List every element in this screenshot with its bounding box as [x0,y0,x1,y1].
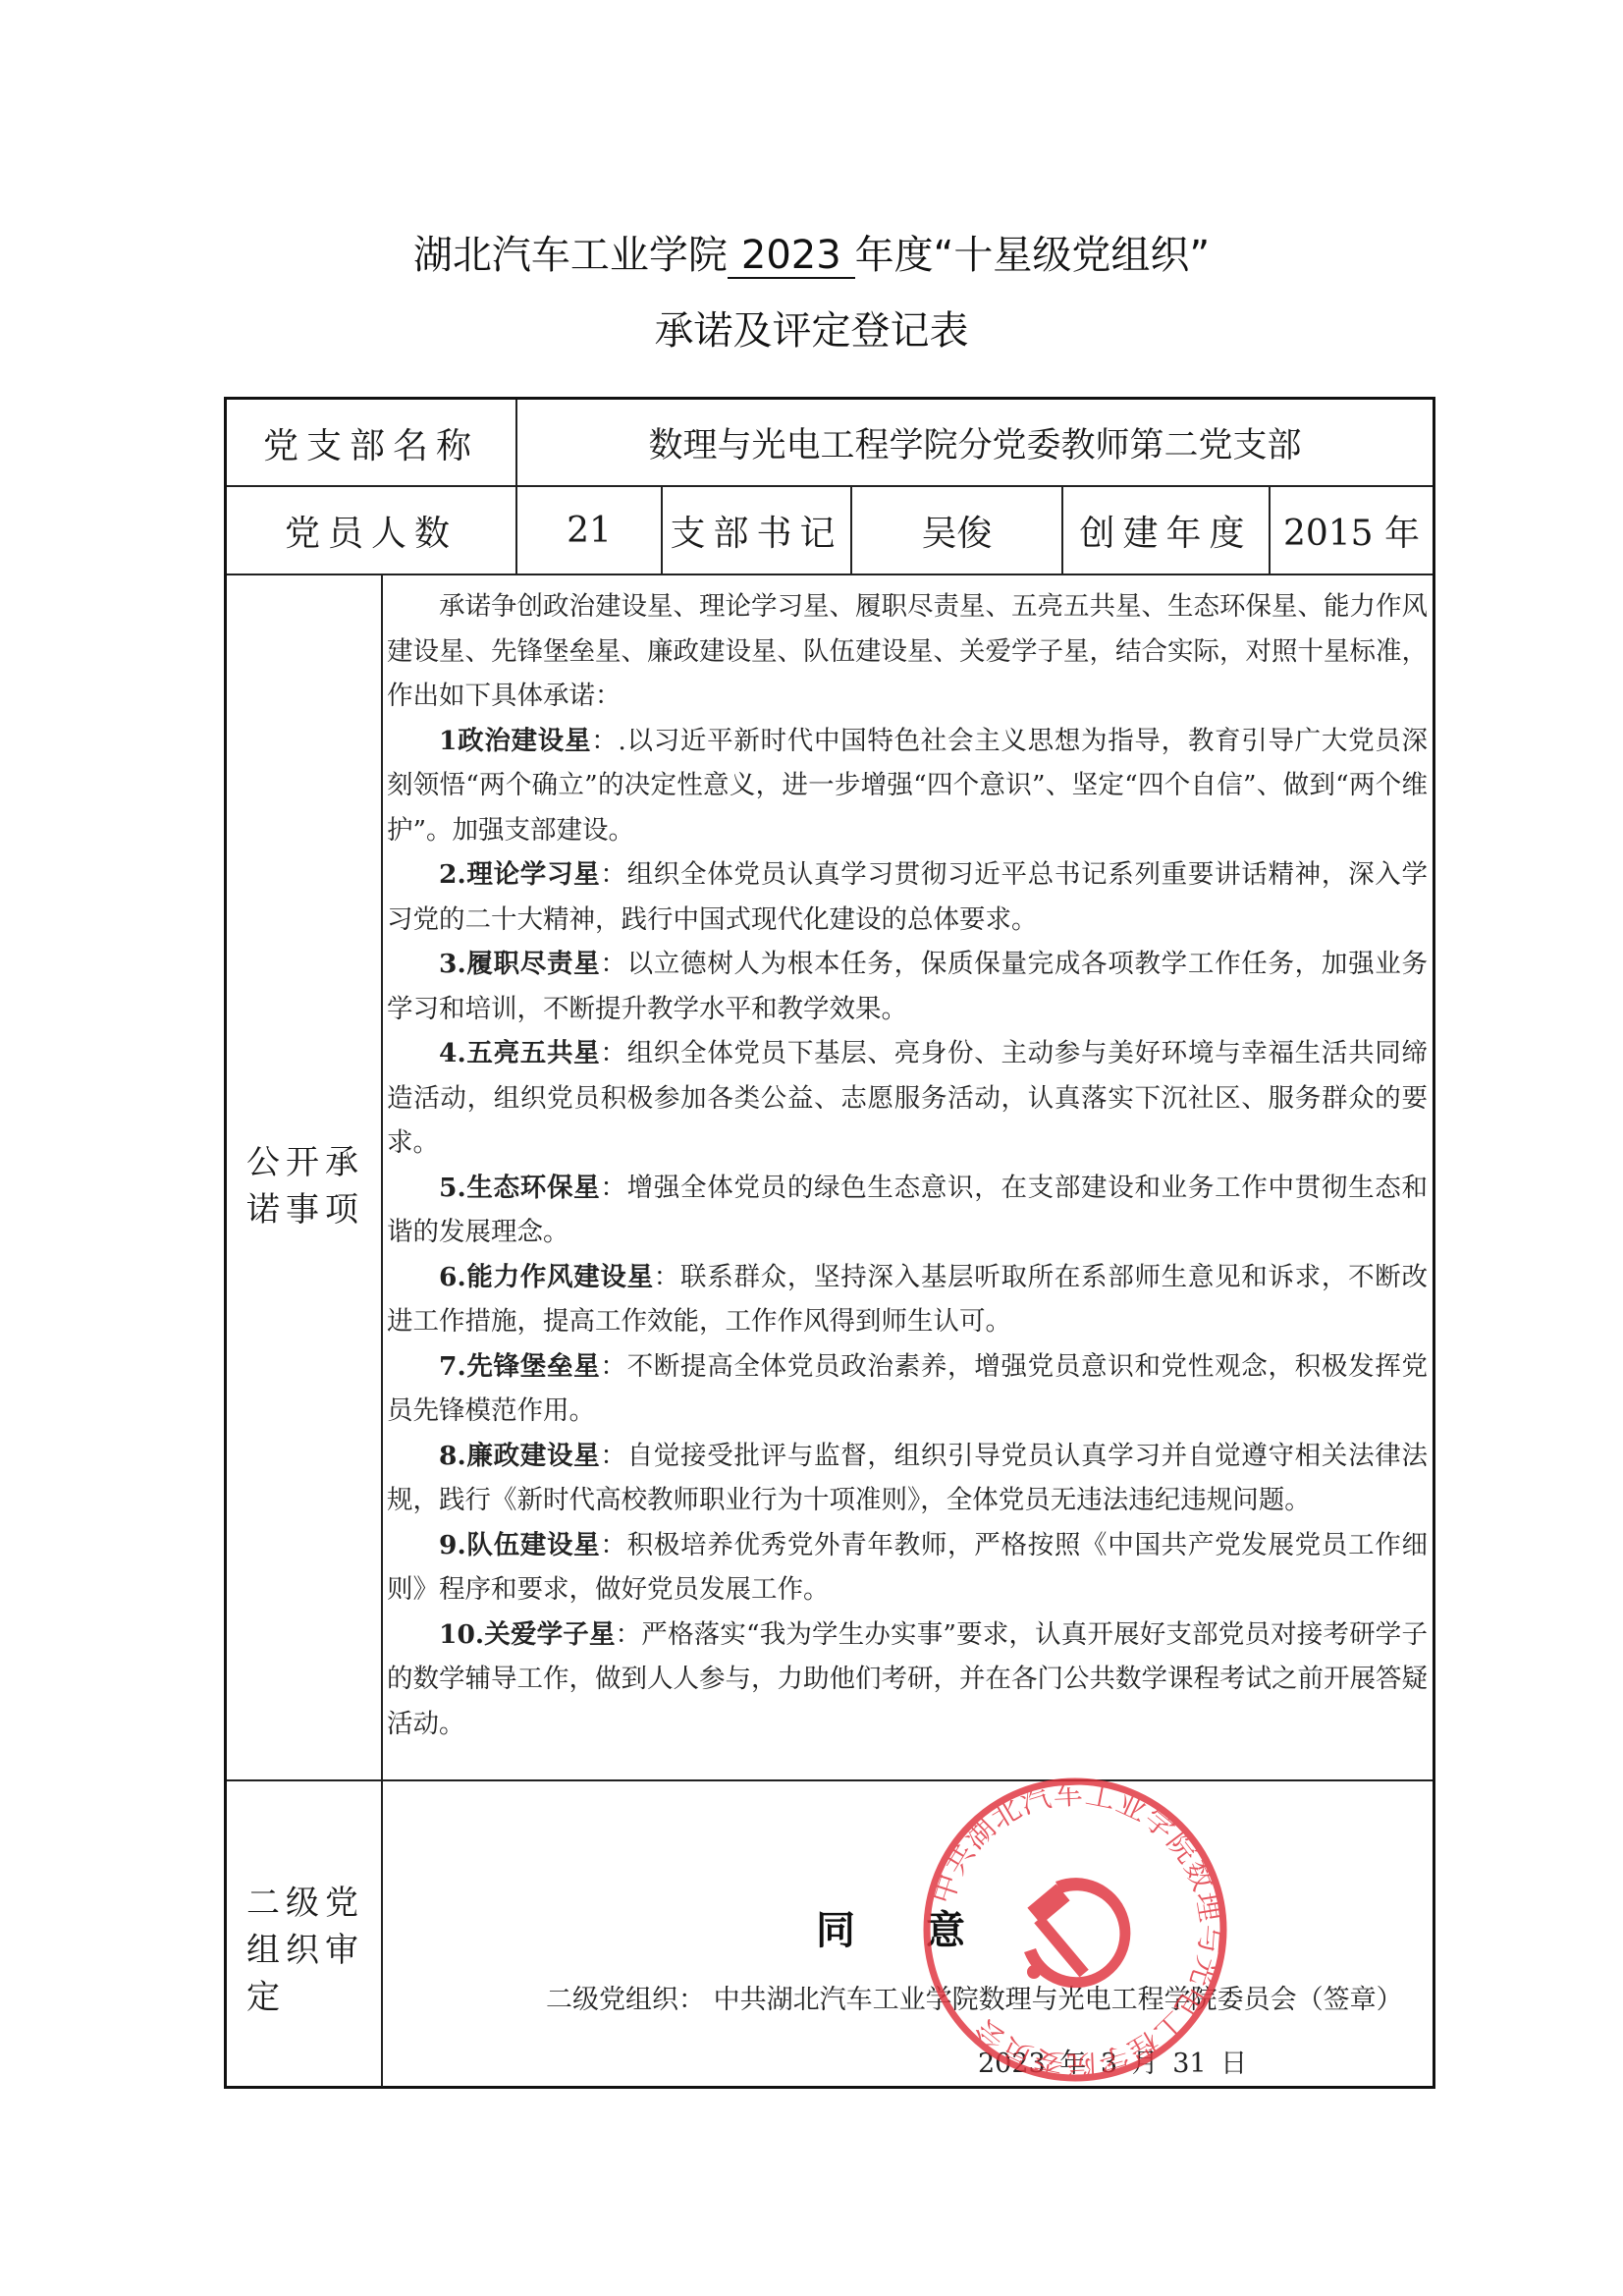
commitments-label-line1: 公开承 [246,1139,384,1186]
commitment-title: 8.廉政建设星 [439,1441,600,1471]
commitments-label-line2: 诺事项 [246,1186,384,1233]
commitment-title: 10.关爱学子星 [439,1619,616,1650]
commitment-item: 5.生态环保星：增强全体党员的绿色生态意识，在支部建设和业务工作中贯彻生态和谐的… [387,1166,1428,1255]
approval-result: 同意 [816,1899,1036,1955]
branch-name-label: 党支部名称 [227,400,515,486]
commitment-title: 5.生态环保星 [439,1173,600,1203]
registration-form-table: 党支部名称 数理与光电工程学院分党委教师第二党支部 党员人数 21 支部书记 吴… [224,397,1435,2089]
commitment-item: 1政治建设星：.以习近平新时代中国特色社会主义思想为指导，教育引导广大党员深刻领… [387,719,1428,853]
founded-label: 创建年度 [1063,486,1269,574]
commitment-item: 10.关爱学子星：严格落实“我为学生办实事”要求，认真开展好支部党员对接考研学子… [387,1613,1428,1747]
approval-label-line1: 二级党 [246,1880,384,1927]
secretary-label: 支部书记 [663,486,850,574]
commitments-label: 公开承 诺事项 [227,1139,384,1233]
commitment-item: 9.队伍建设星：积极培养优秀党外青年教师，严格按照《中国共产党发展党员工作细则》… [387,1523,1428,1613]
member-count-value: 21 [517,486,661,574]
member-count-label: 党员人数 [227,486,515,574]
commitment-item: 8.廉政建设星：自觉接受批评与监督，组织引导党员认真学习并自觉遵守相关法律法规，… [387,1434,1428,1523]
commitment-item: 2.理论学习星：组织全体党员认真学习贯彻习近平总书记系列重要讲话精神，深入学习党… [387,852,1428,942]
approval-row: 二级党 组织审 定 同意 二级党组织： 中共湖北汽车工业学院数理与光电工程学院委… [227,1781,1433,2086]
document-title-line2: 承诺及评定登记表 [0,300,1623,355]
commitment-title: 4.五亮五共星 [439,1038,600,1068]
approval-label-line2: 组织审 [246,1927,384,1974]
commitment-item: 3.履职尽责星：以立德树人为根本任务，保质保量完成各项教学工作任务，加强业务学习… [387,942,1428,1031]
secretary-value: 吴俊 [852,486,1061,574]
commitment-title: 3.履职尽责星 [439,949,600,979]
document-title-line1: 湖北汽车工业学院2023年度“十星级党组织” [0,224,1623,280]
approval-date: 2023 年 3 月 31 日 [978,2042,1247,2080]
founded-value: 2015 年 [1271,486,1433,574]
title-suffix: 年度“十星级党组织” [855,233,1210,278]
commitment-title: 6.能力作风建设星 [439,1262,654,1292]
title-prefix: 湖北汽车工业学院 [413,233,728,278]
branch-name-value: 数理与光电工程学院分党委教师第二党支部 [517,400,1433,486]
approval-label-line3: 定 [246,1974,384,2021]
commitment-item: 6.能力作风建设星：联系群众，坚持深入基层听取所在系部师生意见和诉求，不断改进工… [387,1255,1428,1344]
commitment-title: 9.队伍建设星 [439,1530,600,1560]
commitment-title: 7.先锋堡垒星 [439,1351,600,1382]
commitment-title: 1政治建设星 [439,726,591,756]
commitments-intro: 承诺争创政治建设星、理论学习星、履职尽责星、五亮五共星、生态环保星、能力作风建设… [387,584,1428,719]
commitment-item: 7.先锋堡垒星：不断提高全体党员政治素养，增强党员意识和党性观念，积极发挥党员先… [387,1344,1428,1434]
title-year: 2023 [728,234,855,279]
commitments-text: 承诺争创政治建设星、理论学习星、履职尽责星、五亮五共星、生态环保星、能力作风建设… [387,574,1428,1746]
approval-org-signature: 二级党组织： 中共湖北汽车工业学院数理与光电工程学院委员会（签章） [546,1978,1403,2016]
commitment-title: 2.理论学习星 [439,859,600,890]
commitments-row: 公开承 诺事项 承诺争创政治建设星、理论学习星、履职尽责星、五亮五共星、生态环保… [227,574,1433,1779]
approval-label: 二级党 组织审 定 [227,1880,384,2021]
commitment-item: 4.五亮五共星：组织全体党员下基层、亮身份、主动参与美好环境与幸福生活共同缔造活… [387,1031,1428,1166]
